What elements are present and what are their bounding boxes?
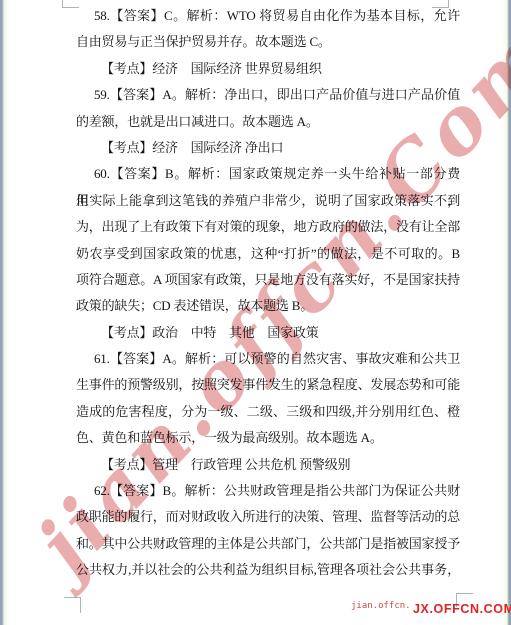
text-line: 但实际上能拿到这笔钱的养殖户非常少，说明了国家政策落实不到	[76, 188, 460, 214]
text-line: 公共权力,并以社会的公共利益为组织目标,管理各项社会公共事务，	[76, 557, 460, 583]
page-right-edge	[499, 0, 511, 625]
text-line: 【考点】政治 中特 其他 国家政策	[76, 320, 460, 346]
text-line: 和。其中公共财政管理的主体是公共部门，公共部门是指被国家授予	[76, 531, 460, 557]
text-line: 项符合题意。A 项国家有政策，只是地方没有落实好，不是国家扶持	[76, 267, 460, 293]
document-body: 58.【答案】C。解析：WTO 将贸易自由化作为基本目标，允许自由贸易与正当保护…	[76, 3, 460, 584]
crop-mark-bottom-left	[64, 597, 81, 613]
text-line: 自由贸易与正当保护贸易并存。故本题选 C。	[76, 29, 460, 55]
text-line: 61.【答案】A。解析：可以预警的自然灾害、事故灾难和公共卫	[76, 346, 460, 372]
text-line: 政策的缺失；CD 表述错误，故本题选 B。	[76, 293, 460, 319]
text-line: 【考点】管理 行政管理 公共危机 预警级别	[76, 452, 460, 478]
text-line: 【考点】经济 国际经济 世界贸易组织	[76, 56, 460, 82]
text-line: 造成的危害程度，分为一级、二级、三级和四级,并分别用红色、橙	[76, 399, 460, 425]
text-line: 政职能的履行，而对财政收入所进行的决策、管理、监督等活动的总	[76, 504, 460, 530]
text-line: 奶农享受到国家政策的忧惠，这种“打折”的做法，是不可取的。B	[76, 241, 460, 267]
text-line: 色、黄色和蓝色标示，一级为最高级别。故本题选 A。	[76, 425, 460, 451]
text-line: 【考点】经济 国际经济 净出口	[76, 135, 460, 161]
footer-brand-url: JX.OFFCN.COM	[413, 602, 511, 616]
text-line: 59.【答案】A。解析：净出口，即出口产品价值与进口产品价值	[76, 82, 460, 108]
text-line: 62.【答案】B。解析：公共财政管理是指公共部门为保证公共财	[76, 478, 460, 504]
text-line: 60.【答案】B。解析：国家政策规定养一头牛给补贴一部分费用，	[76, 161, 460, 187]
page-left-edge	[0, 0, 11, 625]
footer-site-url: jian.offcn.	[351, 601, 411, 611]
document-page: 58.【答案】C。解析：WTO 将贸易自由化作为基本目标，允许自由贸易与正当保护…	[0, 0, 511, 625]
text-line: 的差额，也就是出口减进口。故本题选 A。	[76, 109, 460, 135]
text-line: 生事件的预警级别，按照突发事件发生的紧急程度、发展态势和可能	[76, 372, 460, 398]
text-line: 58.【答案】C。解析：WTO 将贸易自由化作为基本目标，允许	[76, 3, 460, 29]
text-line: 为，出现了上有政策下有对策的现象，地方政府的做法，没有让全部	[76, 214, 460, 240]
